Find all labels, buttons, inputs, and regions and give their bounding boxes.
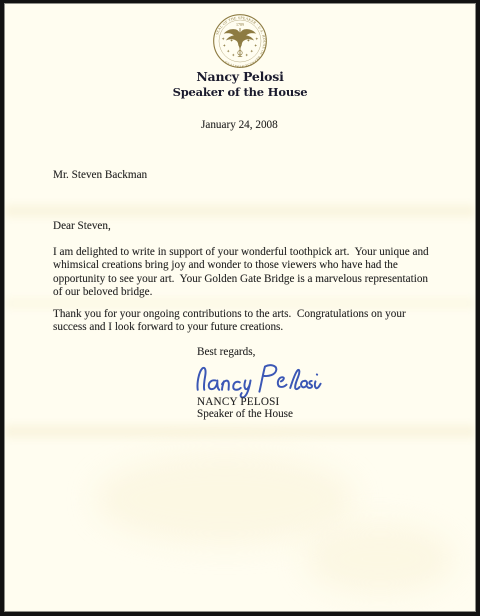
scan-artifact bbox=[5, 299, 475, 308]
scan-artifact bbox=[95, 454, 355, 544]
date-line: January 24, 2008 bbox=[201, 119, 278, 132]
speaker-seal-icon: · SEAL OF THE SPEAKER · U.S. HOUSE OF RE… bbox=[212, 13, 268, 69]
scanned-letter: · SEAL OF THE SPEAKER · U.S. HOUSE OF RE… bbox=[0, 0, 480, 616]
scan-artifact bbox=[5, 425, 475, 438]
body-paragraph-2: Thank you for your ongoing contributions… bbox=[53, 308, 429, 335]
letterhead-title: Speaker of the House bbox=[5, 85, 475, 99]
signature-icon bbox=[194, 360, 322, 400]
letter-paper: · SEAL OF THE SPEAKER · U.S. HOUSE OF RE… bbox=[4, 3, 476, 612]
body-paragraph-1: I am delighted to write in support of yo… bbox=[53, 246, 429, 299]
seal-year: 1789 bbox=[236, 22, 244, 27]
closing: Best regards, bbox=[197, 346, 255, 359]
recipient-line: Mr. Steven Backman bbox=[53, 169, 147, 182]
scan-artifact bbox=[5, 205, 475, 217]
letterhead-name: Nancy Pelosi bbox=[5, 70, 475, 84]
eagle-icon bbox=[224, 28, 256, 50]
signature-block-title: Speaker of the House bbox=[197, 408, 293, 421]
salutation: Dear Steven, bbox=[53, 220, 111, 233]
scan-artifact bbox=[305, 524, 455, 594]
